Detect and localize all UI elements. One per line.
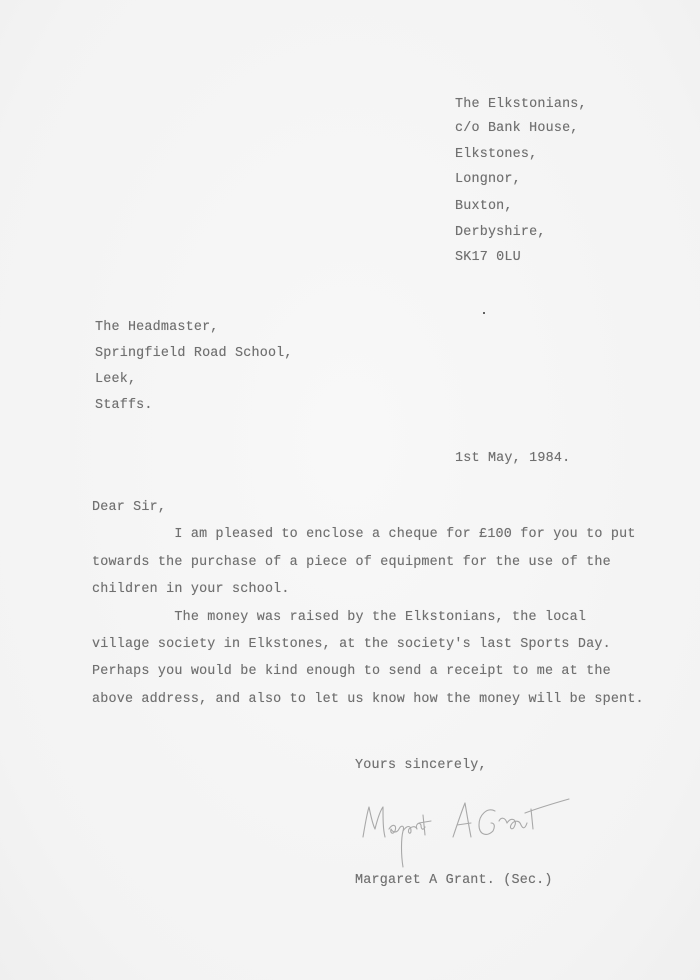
body-line: towards the purchase of a piece of equip…: [92, 555, 611, 570]
body-line: I am pleased to enclose a cheque for £10…: [92, 527, 636, 542]
body-line: Perhaps you would be kind enough to send…: [92, 664, 611, 679]
signature-mark: [355, 795, 585, 875]
sender-address-line: SK17 0LU: [455, 250, 521, 265]
handwritten-signature: [355, 795, 585, 875]
signatory-name: Margaret A Grant. (Sec.): [355, 873, 553, 888]
closing: Yours sincerely,: [355, 758, 487, 773]
letter-date: 1st May, 1984.: [455, 451, 570, 466]
sender-address-line: Buxton,: [455, 199, 513, 214]
recipient-address-line: Staffs.: [95, 398, 153, 413]
recipient-address-line: The Headmaster,: [95, 320, 219, 335]
body-line: children in your school.: [92, 582, 290, 597]
sender-address-line: Derbyshire,: [455, 225, 546, 240]
letter-page: The Elkstonians, c/o Bank House, Elkston…: [0, 0, 700, 980]
sender-address-line: The Elkstonians,: [455, 97, 587, 112]
body-line: The money was raised by the Elkstonians,…: [92, 610, 586, 625]
sender-address-line: c/o Bank House,: [455, 121, 579, 136]
body-line: above address, and also to let us know h…: [92, 692, 644, 707]
sender-address-line: Longnor,: [455, 172, 521, 187]
recipient-address-line: Leek,: [95, 372, 136, 387]
body-line: village society in Elkstones, at the soc…: [92, 637, 611, 652]
sender-address-line: Elkstones,: [455, 147, 537, 162]
recipient-address-line: Springfield Road School,: [95, 346, 293, 361]
paper-speck: [483, 312, 485, 314]
salutation: Dear Sir,: [92, 500, 166, 515]
